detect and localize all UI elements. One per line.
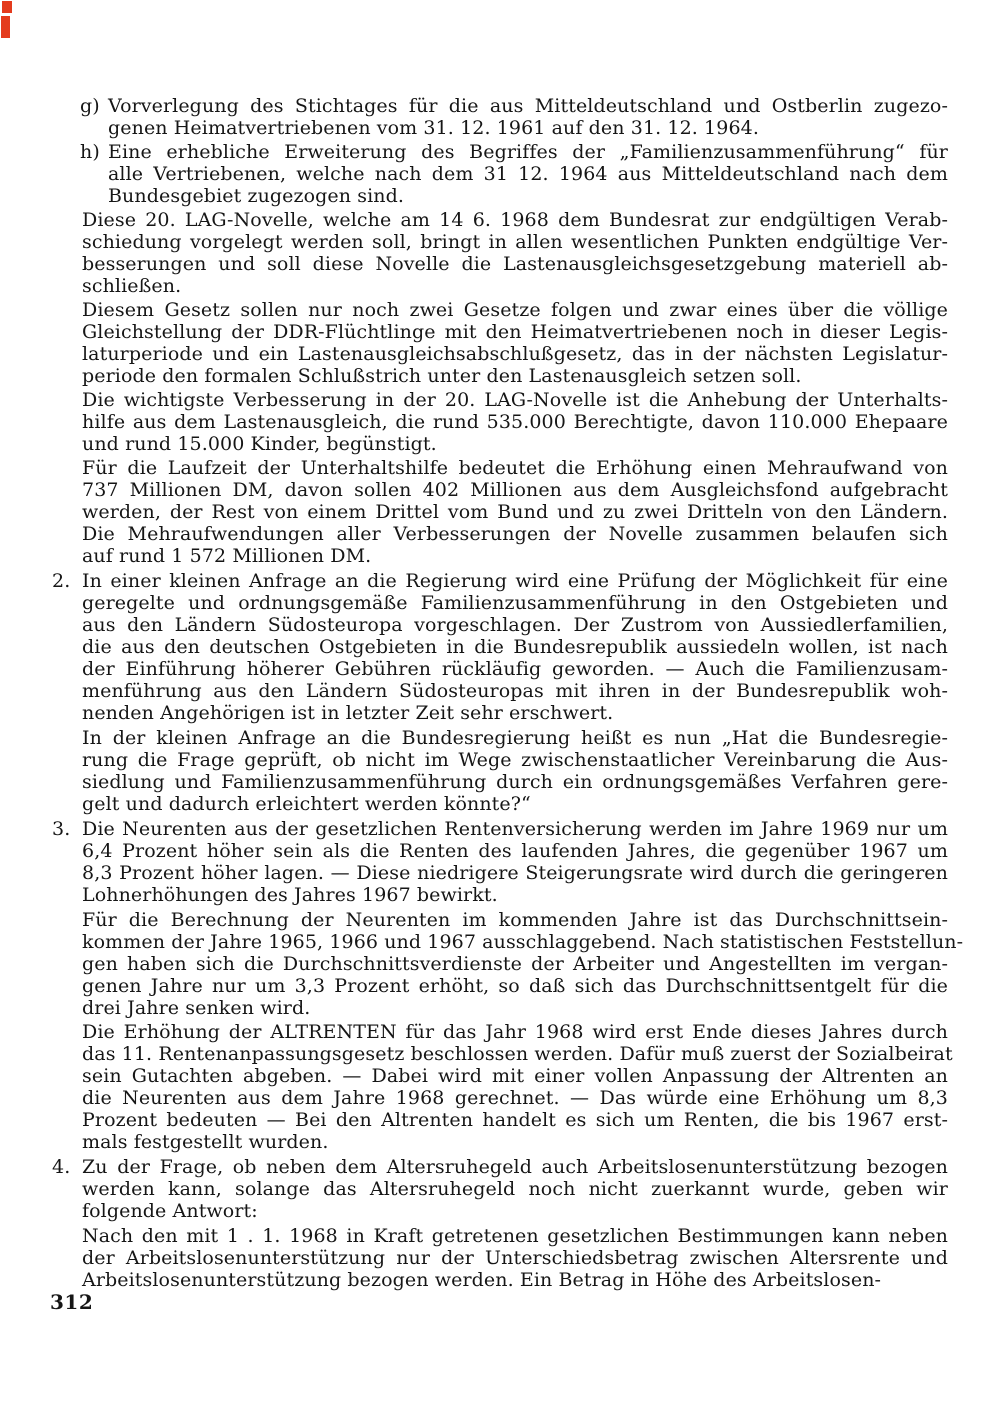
- paragraph: Für die Berechnung der Neurenten im komm…: [82, 909, 948, 1019]
- list-item-2: 2.In einer kleinen Anfrage an die Regier…: [82, 570, 948, 724]
- text-line: werden, der Rest von einem Drittel vom B…: [82, 501, 948, 523]
- page-number: 312: [50, 1291, 93, 1313]
- text-line: Nach den mit 1 . 1. 1968 in Kraft getret…: [82, 1225, 948, 1247]
- paragraph: Die Erhöhung der ALTRENTEN für das Jahr …: [82, 1021, 948, 1153]
- text-line: genen Jahre nur um 3,3 Prozent erhöht, s…: [82, 975, 948, 997]
- text-line: periode den formalen Schlußstrich unter …: [82, 365, 948, 387]
- paragraph: Diese 20. LAG-Novelle, welche am 14 6. 1…: [82, 209, 948, 297]
- text-line: Für die Berechnung der Neurenten im komm…: [82, 909, 948, 931]
- text-line: In der kleinen Anfrage an die Bundesregi…: [82, 727, 948, 749]
- list-item-label: 3.: [52, 818, 70, 840]
- text-line: gelt und dadurch erleichtert werden könn…: [82, 793, 948, 815]
- text-line: und rund 15.000 Kinder, begünstigt.: [82, 433, 948, 455]
- document-page: g)Vorverlegung des Stichtages für die au…: [0, 0, 1000, 1413]
- text-line: mals festgestellt wurden.: [82, 1131, 948, 1153]
- list-item-g: g)Vorverlegung des Stichtages für die au…: [108, 95, 948, 139]
- text-line: Die Neurenten aus der gesetzlichen Rente…: [82, 818, 948, 840]
- text-line: Eine erhebliche Erweiterung des Begriffe…: [108, 141, 948, 163]
- list-item-label: 4.: [52, 1156, 70, 1178]
- text-line: Für die Laufzeit der Unterhaltshilfe bed…: [82, 457, 948, 479]
- text-line: die Neurenten aus dem Jahre 1968 gerechn…: [82, 1087, 948, 1109]
- text-line: 6,4 Prozent höher sein als die Renten de…: [82, 840, 948, 862]
- list-item-label: h): [80, 141, 100, 163]
- text-line: menführung aus den Ländern Südosteuropas…: [82, 680, 948, 702]
- text-line: Arbeitslosenunterstützung bezogen werden…: [82, 1269, 948, 1291]
- text-line: Die wichtigste Verbesserung in der 20. L…: [82, 389, 948, 411]
- text-line: schließen.: [82, 275, 948, 297]
- text-line: Zu der Frage, ob neben dem Altersruhegel…: [82, 1156, 948, 1178]
- text-line: rung die Frage geprüft, ob nicht im Wege…: [82, 749, 948, 771]
- text-line: 737 Millionen DM, davon sollen 402 Milli…: [82, 479, 948, 501]
- text-line: Gleichstellung der DDR-Flüchtlinge mit d…: [82, 321, 948, 343]
- text-line: laturperiode und ein Lastenausgleichsabs…: [82, 343, 948, 365]
- text-line: auf rund 1 572 Millionen DM.: [82, 545, 948, 567]
- text-line: Die Mehraufwendungen aller Verbesserunge…: [82, 523, 948, 545]
- paragraph: Für die Laufzeit der Unterhaltshilfe bed…: [82, 457, 948, 567]
- text-line: die aus den deutschen Ostgebieten in die…: [82, 636, 948, 658]
- text-line: nenden Angehörigen ist in letzter Zeit s…: [82, 702, 948, 724]
- text-line: alle Vertriebenen, welche nach dem 31 12…: [108, 163, 948, 185]
- text-line: schiedung vorgelegt werden soll, bringt …: [82, 231, 948, 253]
- text-line: Diesem Gesetz sollen nur noch zwei Geset…: [82, 299, 948, 321]
- text-line: gen haben sich die Durchschnittsverdiens…: [82, 953, 948, 975]
- text-line: der Einführung höherer Gebühren rückläuf…: [82, 658, 948, 680]
- paragraph: Diesem Gesetz sollen nur noch zwei Geset…: [82, 299, 948, 387]
- text-line: aus den Ländern Südosteuropa vorgeschlag…: [82, 614, 948, 636]
- text-line: der Arbeitslosenunterstützung nur der Un…: [82, 1247, 948, 1269]
- paragraph: Die wichtigste Verbesserung in der 20. L…: [82, 389, 948, 455]
- text-line: In einer kleinen Anfrage an die Regierun…: [82, 570, 948, 592]
- text-line: drei Jahre senken wird.: [82, 997, 948, 1019]
- text-line: Die Erhöhung der ALTRENTEN für das Jahr …: [82, 1021, 948, 1043]
- text-line: geregelte und ordnungsgemäße Familienzus…: [82, 592, 948, 614]
- text-line: Vorverlegung des Stichtages für die aus …: [108, 95, 948, 117]
- text-line: folgende Antwort:: [82, 1200, 948, 1222]
- text-line: Bundesgebiet zugezogen sind.: [108, 185, 948, 207]
- text-line: sein Gutachten abgeben. — Dabei wird mit…: [82, 1065, 948, 1087]
- red-scan-mark-top: [2, 1, 12, 13]
- paragraph: Nach den mit 1 . 1. 1968 in Kraft getret…: [82, 1225, 948, 1291]
- list-item-3: 3.Die Neurenten aus der gesetzlichen Ren…: [82, 818, 948, 906]
- text-body: g)Vorverlegung des Stichtages für die au…: [82, 95, 948, 1291]
- text-line: hilfe aus dem Lastenausgleich, die rund …: [82, 411, 948, 433]
- list-item-h: h)Eine erhebliche Erweiterung des Begrif…: [108, 141, 948, 207]
- text-line: das 11. Rentenanpassungsgesetz beschloss…: [82, 1043, 948, 1065]
- text-line: siedlung und Familienzusammenführung dur…: [82, 771, 948, 793]
- text-line: 8,3 Prozent höher lagen. — Diese niedrig…: [82, 862, 948, 884]
- text-line: Diese 20. LAG-Novelle, welche am 14 6. 1…: [82, 209, 948, 231]
- text-line: werden kann, solange das Altersruhegeld …: [82, 1178, 948, 1200]
- list-item-label: 2.: [52, 570, 70, 592]
- red-scan-mark-bottom: [1, 16, 10, 38]
- text-line: kommen der Jahre 1965, 1966 und 1967 aus…: [82, 931, 948, 953]
- text-line: Lohnerhöhungen des Jahres 1967 bewirkt.: [82, 884, 948, 906]
- list-item-label: g): [80, 95, 100, 117]
- text-line: genen Heimatvertriebenen vom 31. 12. 196…: [108, 117, 948, 139]
- text-line: besserungen und soll diese Novelle die L…: [82, 253, 948, 275]
- paragraph: In der kleinen Anfrage an die Bundesregi…: [82, 727, 948, 815]
- list-item-4: 4.Zu der Frage, ob neben dem Altersruheg…: [82, 1156, 948, 1222]
- text-line: Prozent bedeuten — Bei den Altrenten han…: [82, 1109, 948, 1131]
